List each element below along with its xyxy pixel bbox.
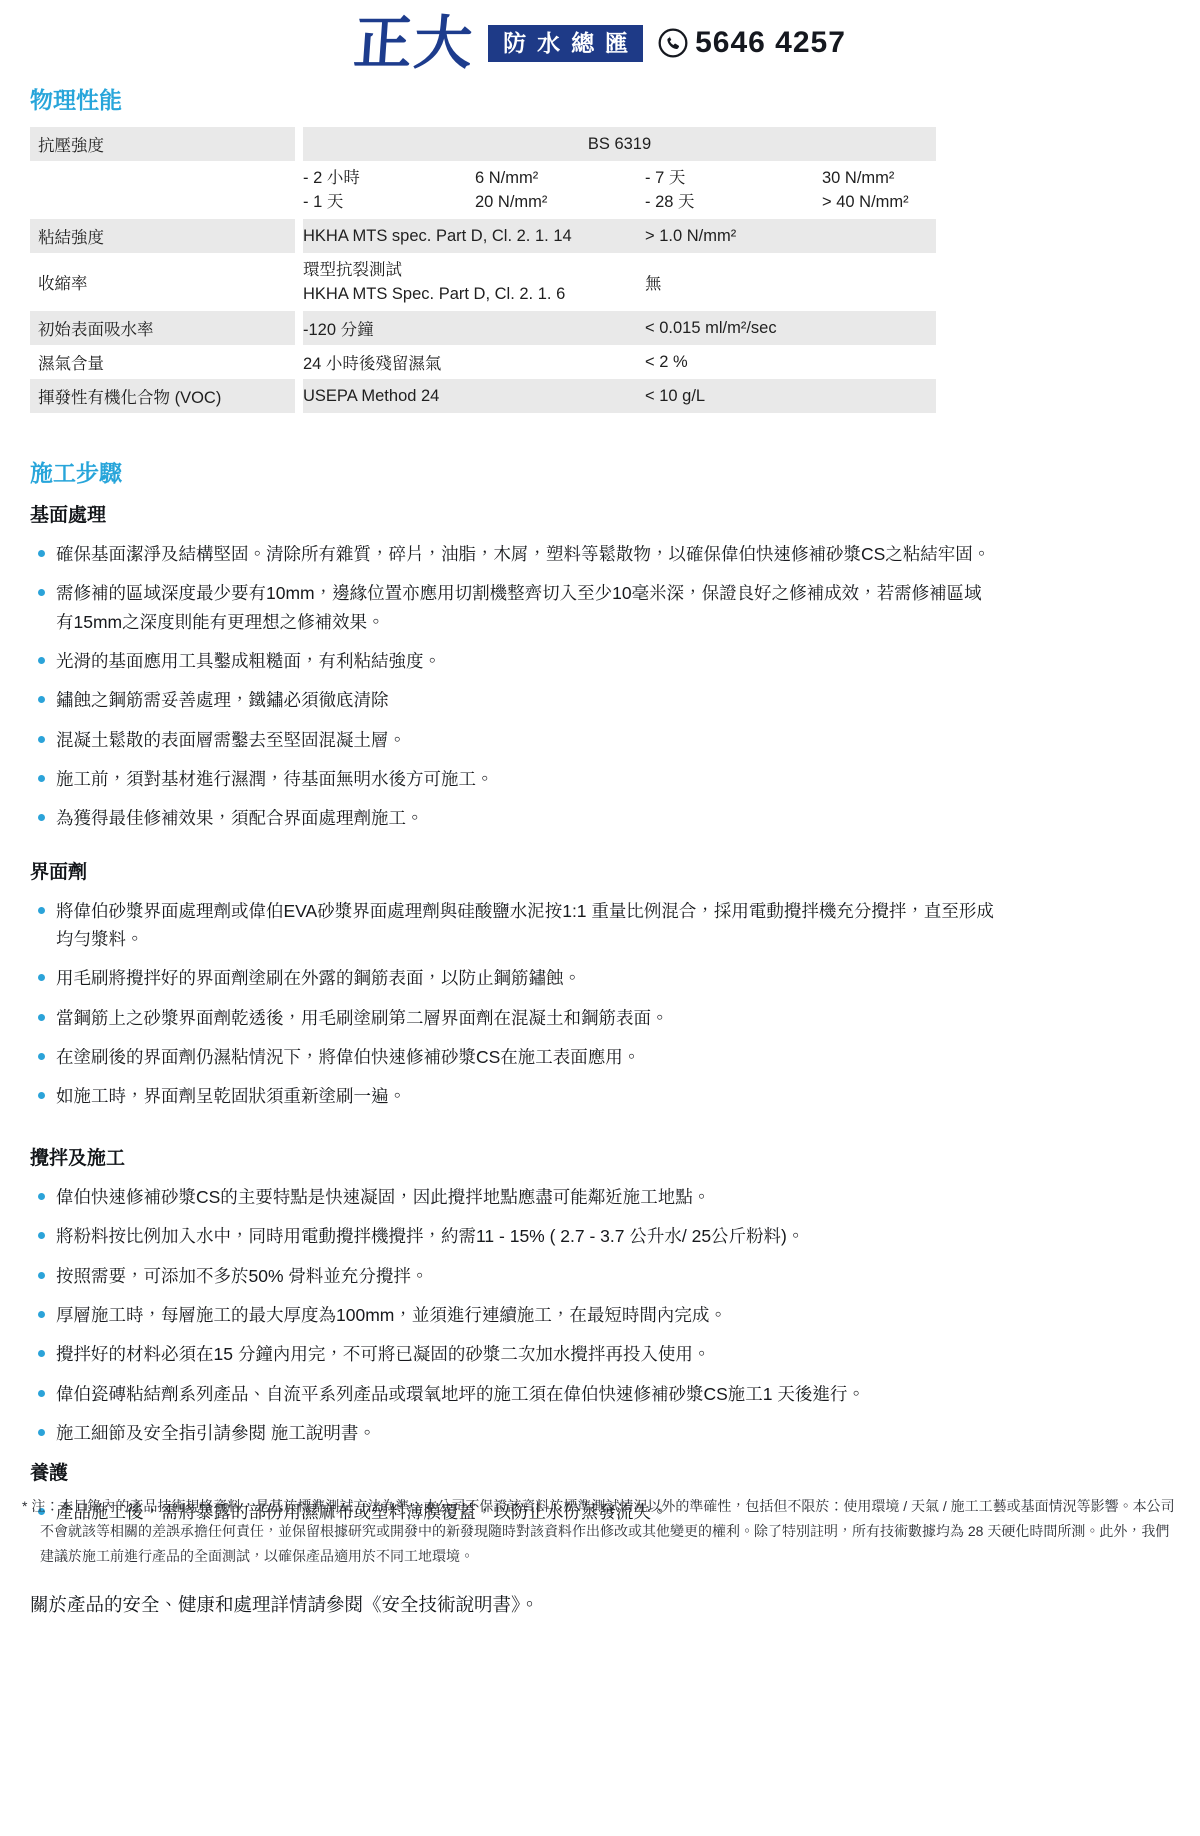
phone-block: 5646 4257	[657, 26, 846, 60]
list-item: 當鋼筋上之砂漿界面劑乾透後，用毛刷塗刷第二層界面劑在混凝土和鋼筋表面。	[30, 1004, 995, 1032]
datasheet-page: 正大 防水總匯 5646 4257 物理性能 抗壓強度 BS 6319 - 2 …	[0, 0, 1200, 1617]
bullet-icon	[38, 1053, 45, 1060]
bullet-text: 如施工時，界面劑呈乾固狀須重新塗刷一遍。	[56, 1082, 406, 1110]
property-value: < 2 %	[645, 353, 936, 372]
list-item: 施工前，須對基材進行濕潤，待基面無明水後方可施工。	[30, 765, 995, 793]
list-item: 將偉伯砂漿界面處理劑或偉伯EVA砂漿界面處理劑與硅酸鹽水泥按1:1 重量比例混合…	[30, 897, 995, 954]
strength-value: 6 N/mm²	[475, 166, 645, 190]
table-row: 抗壓強度 BS 6319	[30, 127, 936, 161]
bullet-text: 將偉伯砂漿界面處理劑或偉伯EVA砂漿界面處理劑與硅酸鹽水泥按1:1 重量比例混合…	[56, 897, 995, 954]
bullet-text: 將粉料按比例加入水中，同時用電動攪拌機攪拌，約需11 - 15% ( 2.7 -…	[56, 1222, 804, 1250]
bonding-agent-list: 將偉伯砂漿界面處理劑或偉伯EVA砂漿界面處理劑與硅酸鹽水泥按1:1 重量比例混合…	[30, 897, 1170, 1111]
column-divider	[295, 161, 303, 219]
list-item: 按照需要，可添加不多於50% 骨料並充分攪拌。	[30, 1262, 995, 1290]
bullet-text: 鏽蝕之鋼筋需妥善處理，鐵鏽必須徹底清除	[56, 686, 389, 714]
subsection-title-mixing-application: 攪拌及施工	[30, 1143, 1170, 1170]
bullet-icon	[38, 1429, 45, 1436]
property-value: < 10 g/L	[645, 387, 936, 406]
strength-value: 20 N/mm²	[475, 190, 645, 214]
physical-properties-table: 抗壓強度 BS 6319 - 2 小時 - 1 天 6 N/mm² 20 N/m…	[30, 127, 936, 413]
list-item: 確保基面潔淨及結構堅固。清除所有雜質，碎片，油脂，木屑，塑料等鬆散物，以確保偉伯…	[30, 540, 995, 568]
phone-icon	[657, 27, 689, 59]
bullet-text: 混凝土鬆散的表面層需鑿去至堅固混凝土層。	[56, 726, 406, 754]
test-method: 環型抗裂測試 HKHA MTS Spec. Part D, Cl. 2. 1. …	[303, 258, 645, 306]
table-row: - 2 小時 - 1 天 6 N/mm² 20 N/mm² - 7 天 - 28…	[30, 161, 936, 219]
bullet-icon	[38, 1193, 45, 1200]
bullet-text: 攪拌好的材料必須在15 分鐘內用完，不可將已凝固的砂漿二次加水攪拌再投入使用。	[56, 1340, 710, 1368]
bullet-icon	[38, 1232, 45, 1239]
bullet-text: 需修補的區域深度最少要有10mm，邊緣位置亦應用切割機整齊切入至少10毫米深，保…	[56, 579, 995, 636]
table-row: 收縮率 環型抗裂測試 HKHA MTS Spec. Part D, Cl. 2.…	[30, 253, 936, 311]
age-column: - 2 小時 - 1 天	[303, 166, 475, 214]
test-method: 24 小時後殘留濕氣	[303, 350, 645, 374]
bullet-text: 當鋼筋上之砂漿界面劑乾透後，用毛刷塗刷第二層界面劑在混凝土和鋼筋表面。	[56, 1004, 669, 1032]
column-divider	[295, 253, 303, 311]
subsection-title-curing: 養護	[30, 1458, 1170, 1485]
value-column: 30 N/mm² > 40 N/mm²	[822, 166, 936, 214]
table-row: 揮發性有機化合物 (VOC) USEPA Method 24 < 10 g/L	[30, 379, 936, 413]
list-item: 光滑的基面應用工具鑿成粗糙面，有利粘結強度。	[30, 647, 995, 675]
bullet-text: 確保基面潔淨及結構堅固。清除所有雜質，碎片，油脂，木屑，塑料等鬆散物，以確保偉伯…	[56, 540, 990, 568]
list-item: 將粉料按比例加入水中，同時用電動攪拌機攪拌，約需11 - 15% ( 2.7 -…	[30, 1222, 995, 1250]
column-divider	[295, 127, 303, 161]
age-label: - 7 天	[645, 166, 822, 190]
property-label: 初始表面吸水率	[30, 311, 295, 345]
list-item: 偉伯快速修補砂漿CS的主要特點是快速凝固，因此攪拌地點應盡可能鄰近施工地點。	[30, 1183, 995, 1211]
bullet-text: 施工前，須對基材進行濕潤，待基面無明水後方可施工。	[56, 765, 494, 793]
value-column: 6 N/mm² 20 N/mm²	[475, 166, 645, 214]
section-title-construction-steps: 施工步驟	[30, 455, 1170, 488]
property-label	[30, 161, 295, 219]
brand-logo: 正大	[352, 14, 476, 72]
bullet-icon	[38, 657, 45, 664]
bullet-icon	[38, 814, 45, 821]
list-item: 厚層施工時，每層施工的最大厚度為100mm，並須進行連續施工，在最短時間內完成。	[30, 1301, 995, 1329]
subsection-title-substrate-preparation: 基面處理	[30, 500, 1170, 527]
bullet-icon	[38, 1272, 45, 1279]
test-method-line: HKHA MTS Spec. Part D, Cl. 2. 1. 6	[303, 282, 645, 306]
property-value: 無	[645, 270, 936, 294]
test-method: HKHA MTS spec. Part D, Cl. 2. 1. 14	[303, 227, 645, 246]
bullet-icon	[38, 550, 45, 557]
list-item: 攪拌好的材料必須在15 分鐘內用完，不可將已凝固的砂漿二次加水攪拌再投入使用。	[30, 1340, 995, 1368]
list-item: 為獲得最佳修補效果，須配合界面處理劑施工。	[30, 804, 995, 832]
column-divider	[295, 345, 303, 379]
bullet-text: 為獲得最佳修補效果，須配合界面處理劑施工。	[56, 804, 424, 832]
list-item: 施工細節及安全指引請參閱 施工說明書。	[30, 1419, 995, 1447]
bullet-icon	[38, 974, 45, 981]
bullet-text: 光滑的基面應用工具鑿成粗糙面，有利粘結強度。	[56, 647, 441, 675]
bullet-icon	[38, 775, 45, 782]
subsection-title-bonding-agent: 界面劑	[30, 857, 1170, 884]
bullet-icon	[38, 696, 45, 703]
list-item: 混凝土鬆散的表面層需鑿去至堅固混凝土層。	[30, 726, 995, 754]
column-divider	[295, 311, 303, 345]
bullet-text: 偉伯瓷磚粘結劑系列產品、自流平系列產品或環氧地坪的施工須在偉伯快速修補砂漿CS施…	[56, 1380, 865, 1408]
list-item: 偉伯瓷磚粘結劑系列產品、自流平系列產品或環氧地坪的施工須在偉伯快速修補砂漿CS施…	[30, 1380, 995, 1408]
brand-header: 正大 防水總匯 5646 4257	[30, 10, 1170, 76]
moisture-row-cells: 24 小時後殘留濕氣 < 2 %	[303, 345, 936, 379]
list-item: 用毛刷將攪拌好的界面劑塗刷在外露的鋼筋表面，以防止鋼筋鏽蝕。	[30, 964, 995, 992]
column-divider	[295, 379, 303, 413]
strength-value: 30 N/mm²	[822, 166, 936, 190]
bullet-icon	[38, 1350, 45, 1357]
phone-number: 5646 4257	[695, 26, 846, 60]
substrate-preparation-list: 確保基面潔淨及結構堅固。清除所有雜質，碎片，油脂，木屑，塑料等鬆散物，以確保偉伯…	[30, 540, 1170, 833]
table-row: 濕氣含量 24 小時後殘留濕氣 < 2 %	[30, 345, 936, 379]
test-method: -120 分鐘	[303, 316, 645, 340]
list-item: 如施工時，界面劑呈乾固狀須重新塗刷一遍。	[30, 1082, 995, 1110]
property-value: > 1.0 N/mm²	[645, 227, 936, 246]
brand-badge: 防水總匯	[488, 25, 643, 62]
list-item: 需修補的區域深度最少要有10mm，邊緣位置亦應用切割機整齊切入至少10毫米深，保…	[30, 579, 995, 636]
age-label: - 28 天	[645, 190, 822, 214]
bullet-icon	[38, 736, 45, 743]
mixing-application-list: 偉伯快速修補砂漿CS的主要特點是快速凝固，因此攪拌地點應盡可能鄰近施工地點。 將…	[30, 1183, 1170, 1447]
property-label: 揮發性有機化合物 (VOC)	[30, 379, 295, 413]
age-label: - 2 小時	[303, 166, 475, 190]
bullet-text: 厚層施工時，每層施工的最大厚度為100mm，並須進行連續施工，在最短時間內完成。	[56, 1301, 727, 1329]
bullet-icon	[38, 1092, 45, 1099]
property-label: 濕氣含量	[30, 345, 295, 379]
property-label: 抗壓強度	[30, 127, 295, 161]
bullet-text: 施工細節及安全指引請參閱 施工說明書。	[56, 1419, 376, 1447]
bullet-text: 偉伯快速修補砂漿CS的主要特點是快速凝固，因此攪拌地點應盡可能鄰近施工地點。	[56, 1183, 710, 1211]
absorption-row-cells: -120 分鐘 < 0.015 ml/m²/sec	[303, 311, 936, 345]
age-column: - 7 天 - 28 天	[645, 166, 822, 214]
property-value: < 0.015 ml/m²/sec	[645, 319, 936, 338]
list-item: 在塗刷後的界面劑仍濕粘情況下，將偉伯快速修補砂漿CS在施工表面應用。	[30, 1043, 995, 1071]
bullet-text: 用毛刷將攪拌好的界面劑塗刷在外露的鋼筋表面，以防止鋼筋鏽蝕。	[56, 964, 581, 992]
strength-value: > 40 N/mm²	[822, 190, 936, 214]
bond-row-cells: HKHA MTS spec. Part D, Cl. 2. 1. 14 > 1.…	[303, 219, 936, 253]
bullet-icon	[38, 1311, 45, 1318]
column-divider	[295, 219, 303, 253]
list-item: 鏽蝕之鋼筋需妥善處理，鐵鏽必須徹底清除	[30, 686, 995, 714]
bullet-icon	[38, 589, 45, 596]
voc-row-cells: USEPA Method 24 < 10 g/L	[303, 379, 936, 413]
safety-reference-note: 關於產品的安全、健康和處理詳情請參閱《安全技術說明書》。	[30, 1591, 1170, 1617]
property-label: 收縮率	[30, 253, 295, 311]
compressive-values: - 2 小時 - 1 天 6 N/mm² 20 N/mm² - 7 天 - 28…	[303, 161, 936, 219]
table-row: 初始表面吸水率 -120 分鐘 < 0.015 ml/m²/sec	[30, 311, 936, 345]
bullet-text: 在塗刷後的界面劑仍濕粘情況下，將偉伯快速修補砂漿CS在施工表面應用。	[56, 1043, 640, 1071]
bullet-icon	[38, 907, 45, 914]
shrinkage-row-cells: 環型抗裂測試 HKHA MTS Spec. Part D, Cl. 2. 1. …	[303, 253, 936, 311]
bullet-icon	[38, 1390, 45, 1397]
test-standard: BS 6319	[303, 127, 936, 161]
disclaimer-footnote: * 注：本目錄內的產品技術規格資料，是基於標準測試方法為準；本公司不保證該資料於…	[22, 1494, 1176, 1570]
bullet-icon	[38, 1014, 45, 1021]
bullet-text: 按照需要，可添加不多於50% 骨料並充分攪拌。	[56, 1262, 428, 1290]
property-label: 粘結強度	[30, 219, 295, 253]
table-row: 粘結強度 HKHA MTS spec. Part D, Cl. 2. 1. 14…	[30, 219, 936, 253]
age-label: - 1 天	[303, 190, 475, 214]
test-method-line: 環型抗裂測試	[303, 258, 645, 282]
test-method: USEPA Method 24	[303, 387, 645, 406]
section-title-physical-properties: 物理性能	[30, 82, 1170, 115]
